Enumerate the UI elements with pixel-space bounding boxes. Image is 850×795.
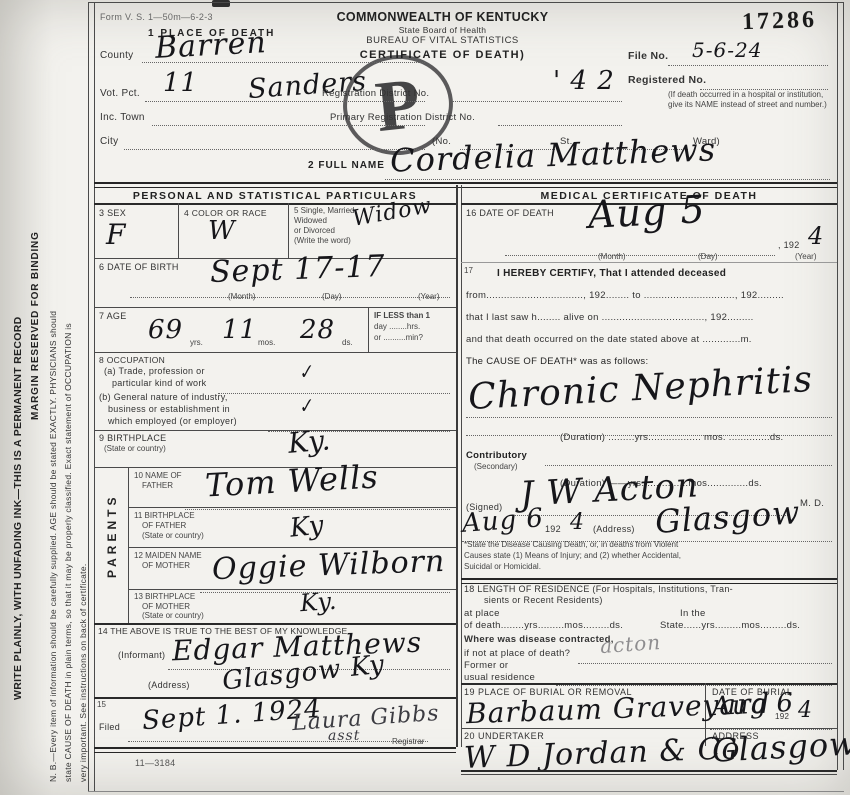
death-certificate-scan: MARGIN RESERVED FOR BINDING WRITE PLAINL… [0, 0, 850, 795]
margin-nb-line3: very important. See instructions on back… [78, 563, 88, 782]
residence-label-line2: sients or Recent Residents) [484, 595, 603, 606]
father-name-label-2: FATHER [134, 481, 182, 491]
marital-label-2: Widowed [294, 216, 357, 226]
dod-month-label: (Month) [598, 252, 626, 261]
dod-value: Aug 5 [587, 187, 707, 237]
age-mos-label: mos. [258, 338, 275, 347]
dob-year-label: (Year) [418, 292, 440, 301]
residence-at-place-label: at place [464, 608, 500, 619]
cause-label: The CAUSE OF DEATH* was as follows: [466, 356, 648, 367]
margin-nb-line1: N. B.—Every item of information should b… [48, 311, 58, 782]
cause-footnote: *State the Disease Causing Death, or, in… [464, 540, 681, 572]
md-label: M. D. [800, 498, 824, 509]
former-label: Former or [464, 660, 508, 671]
form-border-top [88, 2, 844, 3]
row3-rule [94, 352, 456, 353]
commonwealth-title: COMMONWEALTH OF KENTUCKY [335, 10, 550, 25]
file-no-label: File No. [628, 50, 668, 63]
mother-label-1: 12 MAIDEN NAME [134, 551, 202, 561]
sex-value: F [106, 218, 126, 251]
mother-bp-label-2: OF MOTHER [134, 602, 204, 612]
dob-day-label: (Day) [322, 292, 342, 301]
certify-number: 17 [464, 266, 473, 275]
undertaker-underline-a [461, 770, 837, 772]
father-name-value: Tom Wells [204, 457, 380, 504]
contributory-label: Contributory [466, 450, 527, 461]
form-border-bottom [88, 791, 844, 792]
registrar-note: asst [328, 728, 360, 744]
cause-line1 [466, 408, 832, 418]
dod-year-printed: , 192 [778, 240, 800, 251]
certificate-number-stamp: 17286 [742, 7, 818, 37]
city-line [124, 140, 425, 150]
occupation-b-line2: business or establishment in [108, 404, 230, 415]
column-divider-b [461, 185, 462, 747]
marital-label-4: (Write the word) [294, 236, 357, 246]
residence-label-line1: 18 LENGTH OF RESIDENCE (For Hospitals, I… [464, 584, 733, 595]
birthplace-sub-label: (State or country) [104, 444, 166, 453]
header-divider [94, 182, 837, 188]
age-months-value: 11 [222, 315, 257, 345]
margin-binding-note: MARGIN RESERVED FOR BINDING [30, 231, 42, 420]
age-days-value: 28 [300, 315, 335, 345]
certify-last-saw-line: that I last saw h........ alive on .....… [466, 312, 754, 323]
undertaker-underline-b [461, 774, 837, 775]
dod-rule [461, 262, 837, 263]
age-years-value: 69 [148, 315, 183, 345]
if-less-line2: day ........hrs. [374, 321, 430, 332]
residence-in-the-label: In the [680, 608, 706, 619]
mother-maiden-value: Oggie Wilborn [211, 544, 445, 587]
if-less-line3: or ..........min? [374, 332, 430, 343]
dod-year-label: (Year) [795, 252, 817, 261]
dob-value: Sept 17-17 [209, 249, 386, 290]
primary-district-label: Primary Registration District No. [330, 112, 475, 123]
margin-write-plainly-note: WRITE PLAINLY, WITH UNFADING INK—THIS IS… [12, 317, 25, 700]
primary-district-line [498, 116, 622, 126]
age-ifless-divider [368, 307, 369, 352]
footnote-line1: *State the Disease Causing Death, or, in… [464, 540, 681, 551]
filed-label: Filed [99, 722, 120, 733]
registration-district-line [452, 92, 622, 102]
inc-town-label: Inc. Town [100, 112, 145, 124]
certify-from-line: from................................., 1… [466, 290, 784, 301]
parents-bottom-rule [94, 623, 456, 625]
footnote-line3: Suicidal or Homicidal. [464, 562, 681, 573]
row2-rule [94, 307, 456, 308]
county-label: County [100, 50, 134, 62]
dob-month-label: (Month) [228, 292, 256, 301]
form-border-right-outer [843, 2, 844, 770]
dod-label: 16 DATE OF DEATH [466, 208, 554, 219]
form-border-left-outer [88, 2, 89, 792]
dod-day-label: (Day) [698, 252, 718, 261]
mother-label-2: OF MOTHER [134, 561, 202, 571]
dod-year-value: 4 [808, 222, 824, 250]
informant-address-label: (Address) [148, 680, 190, 691]
row4-rule [94, 430, 456, 431]
hospital-note: (If death occurred in a hospital or inst… [668, 90, 836, 110]
informant-label: (Informant) [118, 650, 165, 661]
father-bp-label-1: 11 BIRTHPLACE [134, 511, 204, 521]
age-yrs-label: yrs. [190, 338, 203, 347]
residence-state-line: State......yrs.........mos.........ds. [660, 620, 800, 631]
father-birthplace-label: 11 BIRTHPLACE OF FATHER (State or countr… [134, 511, 204, 541]
father-name-label: 10 NAME OF FATHER [134, 471, 182, 491]
certify-occurred-line: and that death occurred on the date stat… [466, 334, 752, 345]
if-less-line1: IF LESS than 1 [374, 310, 430, 321]
marital-label-3: or Divorced [294, 226, 357, 236]
margin-nb-line2: state CAUSE OF DEATH in plain terms, so … [63, 323, 73, 782]
parents-rule3 [128, 589, 456, 590]
mother-bp-label-1: 13 BIRTHPLACE [134, 592, 204, 602]
father-bp-label-3: (State or country) [134, 531, 204, 541]
sex-color-divider [178, 203, 179, 258]
birthplace-value: Ky. [287, 423, 333, 460]
cause-duration-line: (Duration) .........yrs.................… [560, 432, 784, 443]
parents-rule1 [128, 507, 456, 508]
filed-bottom-rule [94, 747, 456, 753]
contracted-label-line1: Where was disease contracted, [464, 634, 614, 645]
city-label: City [100, 136, 118, 148]
usual-residence-label: usual residence [464, 672, 535, 683]
file-no-line [668, 56, 828, 66]
column-divider-a [456, 185, 458, 747]
color-value: W [208, 216, 236, 246]
residence-death-line: of death........yrs.........mos.........… [464, 620, 623, 631]
age-ds-label: ds. [342, 338, 353, 347]
registrar-label: Registrar [392, 737, 424, 746]
p-stamp-letter: P [372, 61, 424, 148]
marital-label-1: 5 Single, Married, [294, 206, 357, 216]
vot-pct-label: Vot. Pct. [100, 88, 140, 100]
filed-line [128, 732, 428, 742]
full-name-label: 2 FULL NAME [308, 160, 385, 172]
dod-line [505, 246, 775, 256]
print-code: 11—3184 [135, 758, 175, 769]
form-border-left-inner [94, 2, 95, 792]
parents-divider [128, 467, 129, 623]
registered-no-label: Registered No. [628, 74, 706, 87]
occupation-label: 8 OCCUPATION [99, 355, 165, 365]
occupation-a-mark: ✓ [296, 360, 317, 384]
occupation-b-mark: ✓ [296, 394, 317, 418]
dob-label: 6 DATE OF BIRTH [99, 262, 179, 273]
father-bp-label-2: OF FATHER [134, 521, 204, 531]
father-name-line [185, 500, 450, 510]
residence-bottom-rule [461, 683, 837, 685]
occupation-a-line2: particular kind of work [112, 378, 206, 389]
age-label: 7 AGE [99, 311, 127, 322]
full-name-line [385, 170, 830, 180]
undertaker-address-value: Glasgow [711, 724, 850, 770]
contracted-label-line2: if not at place of death? [464, 648, 570, 659]
mother-bp-label-3: (State or country) [134, 611, 204, 621]
contributory-secondary-label: (Secondary) [474, 462, 518, 471]
contracted-line [578, 654, 832, 664]
birthplace-label: 9 BIRTHPLACE [99, 433, 166, 444]
parents-side-label: PARENTS [105, 494, 119, 578]
form-code: Form V. S. 1—50m—6-2-3 [100, 12, 213, 23]
occupation-a-line1: (a) Trade, profession or [104, 366, 205, 377]
mother-maiden-label: 12 MAIDEN NAME OF MOTHER [134, 551, 202, 571]
mother-birthplace-label: 13 BIRTHPLACE OF MOTHER (State or countr… [134, 592, 204, 621]
occupation-b-line3: which employed (or employer) [108, 416, 237, 427]
certify-statement: I HEREBY CERTIFY, That I attended deceas… [497, 268, 726, 280]
form-border-right-inner [837, 2, 838, 770]
mother-birthplace-value: Ky. [299, 587, 338, 618]
county-line [142, 53, 425, 63]
occupation-b-line1: (b) General nature of industry, [99, 392, 228, 403]
dob-line [130, 288, 450, 298]
father-name-label-1: 10 NAME OF [134, 471, 182, 481]
color-marital-divider [288, 203, 289, 258]
contributory-line [545, 456, 832, 466]
father-birthplace-value: Ky [289, 510, 326, 543]
filed-number: 15 [97, 700, 106, 709]
footnote-line2: Causes state (1) Means of Injury; and (2… [464, 551, 681, 562]
bureau-subtitle: BUREAU OF VITAL STATISTICS [335, 35, 550, 46]
occupation-a-line [218, 384, 450, 394]
if-less-box: IF LESS than 1 day ........hrs. or .....… [374, 310, 430, 344]
registered-no-line [700, 80, 828, 90]
board-subtitle: State Board of Health [335, 25, 550, 35]
registration-district-label: Registration District No. [322, 88, 429, 99]
marital-label: 5 Single, Married, Widowed or Divorced (… [294, 206, 357, 246]
